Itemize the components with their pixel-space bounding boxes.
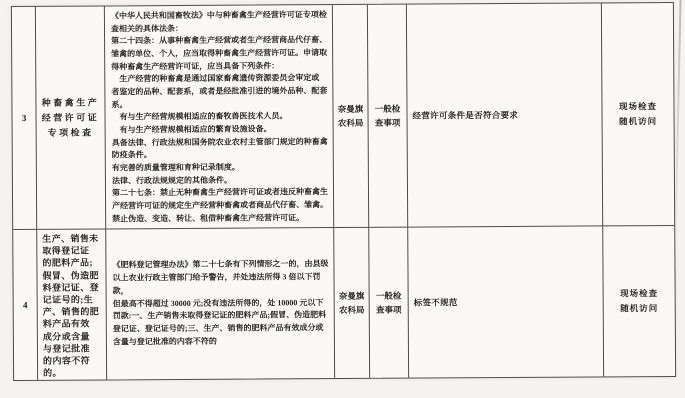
row4-check-content: 标签不规范 xyxy=(408,226,604,377)
row3-category: 一般检 查事项 xyxy=(368,5,408,228)
inspection-items-table: 3 种畜禽生产 经营许可证 专项检查 《中华人民共和国畜牧法》中与种畜禽生产经营… xyxy=(11,2,676,381)
page-edge-shadow xyxy=(674,0,681,240)
row4-check-method: 现场检查 随机访问 xyxy=(603,226,675,376)
row3-check-content: 经营许可条件是否符合要求 xyxy=(407,3,603,227)
row4-inspection-item: 生产、销售未 取得登记证 的肥料产品; 假冒、伪造肥 料登记证、登 记证号的;生… xyxy=(37,229,107,379)
scanned-document-page: 3 种畜禽生产 经营许可证 专项检查 《中华人民共和国畜牧法》中与种畜禽生产经营… xyxy=(0,0,685,398)
row4-sequence-number: 4 xyxy=(13,230,38,380)
row4-agency: 奈曼旗 农科局 xyxy=(334,228,370,378)
row3-agency: 奈曼旗 农科局 xyxy=(333,5,369,228)
row3-sequence-number: 3 xyxy=(12,7,37,230)
row3-check-method: 现场检查 随机访问 xyxy=(602,3,674,226)
row3-inspection-item: 种畜禽生产 经营许可证 专项检查 xyxy=(36,6,106,229)
row4-category: 一般检 查事项 xyxy=(369,228,409,378)
row3-legal-basis: 《中华人民共和国畜牧法》中与种畜禽生产经营许可证专项检 查相关的具体法条： 第二… xyxy=(105,5,334,229)
row4-legal-basis: 《肥料登记管理办法》第二十七条有下列情形之一的，由县级 以上农业行政主管部门给予… xyxy=(106,228,335,379)
